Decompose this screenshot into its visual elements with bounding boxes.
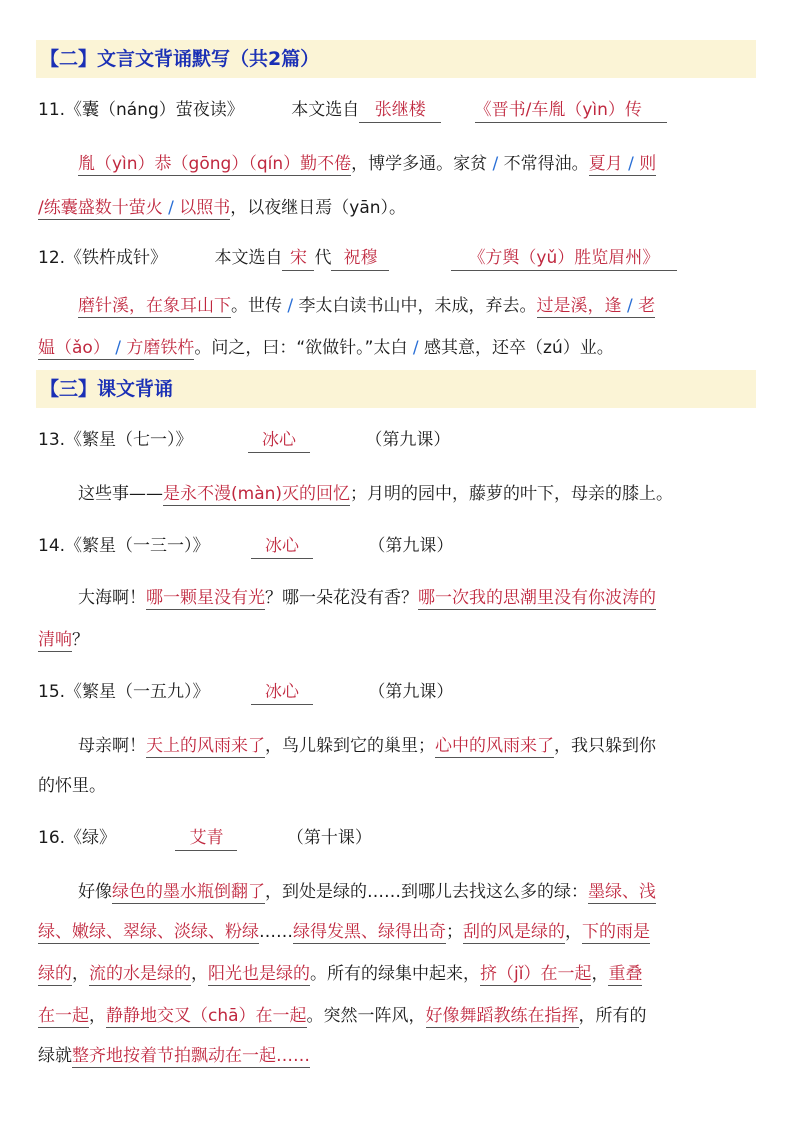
item-13-header: 13.《繁星（七一）》 冰心 （第九课）	[38, 428, 450, 453]
source-label: 本文选自	[291, 100, 359, 120]
item-title: 11.《囊（náng）萤夜读》	[38, 100, 244, 120]
section-heading-classical: 【二】文言文背诵默写（共2篇）	[36, 40, 756, 78]
lesson-label: （第九课）	[368, 682, 453, 702]
answer-blank: 媪（ǎo） / 方磨铁杵	[38, 338, 194, 360]
item-16-line-4: 在一起，静静地交叉（chā）在一起。突然一阵风，好像舞蹈教练在指挥，所有的	[38, 1004, 647, 1028]
answer-blank: 天上的风雨来了	[146, 736, 265, 758]
answer-blank: 夏月 / 则	[589, 154, 657, 176]
text: ，	[89, 1006, 106, 1026]
answer-blank: 心中的风雨来了	[435, 736, 554, 758]
text: 的怀里。	[38, 776, 106, 796]
text: 好像	[78, 882, 112, 902]
text: 。问之，曰：“欲做针。”太白	[194, 338, 407, 358]
item-16-header: 16.《绿》 艾青 （第十课）	[38, 826, 372, 851]
text: 感其意，还卒（zú）业。	[424, 338, 614, 358]
answer-blank: 过是溪，逢 / 老	[537, 296, 656, 318]
item-13-line-1: 这些事——是永不漫(màn)灭的回忆；月明的园中，藤萝的叶下，母亲的膝上。	[78, 482, 673, 506]
item-16-line-3: 绿的，流的水是绿的，阳光也是绿的。所有的绿集中起来，挤（jǐ）在一起，重叠	[38, 962, 642, 986]
author-blank: 冰心	[251, 680, 313, 705]
answer-blank: 静静地交叉（chā）在一起	[106, 1006, 307, 1028]
answer-blank: 好像舞蹈教练在指挥	[426, 1006, 579, 1028]
lesson-label: （第十课）	[287, 828, 372, 848]
answer-blank: 磨针溪，在象耳山下	[78, 296, 231, 318]
author-blank: 冰心	[248, 428, 310, 453]
answer-blank: 绿、嫩绿、翠绿、淡绿、粉绿	[38, 922, 259, 944]
answer-blank: 阳光也是绿的	[208, 964, 310, 986]
item-title: 15.《繁星（一五九）》	[38, 682, 210, 702]
item-title: 12.《铁杵成针》	[38, 248, 167, 268]
answer-blank: 在一起	[38, 1006, 89, 1028]
text: ，到处是绿的……到哪儿去找这么多的绿：	[265, 882, 588, 902]
answer-blank: 胤（yìn）恭（gōng）（qín）勤不倦	[78, 154, 351, 176]
item-14-line-1: 大海啊！哪一颗星没有光？哪一朵花没有香？哪一次我的思潮里没有你波涛的	[78, 586, 656, 610]
text: ，所有的	[579, 1006, 647, 1026]
answer-blank: 下的雨是	[582, 922, 650, 944]
section-heading-recitation: 【三】课文背诵	[36, 370, 756, 408]
item-14-line-2: 清响？	[38, 628, 89, 652]
source-label: 本文选自	[214, 248, 282, 268]
text: ；	[446, 922, 463, 942]
answer-blank: 是永不漫(màn)灭的回忆	[163, 484, 350, 506]
text: 。世传	[231, 296, 282, 316]
answer-blank: 哪一颗星没有光	[146, 588, 265, 610]
text: 。所有的绿集中起来，	[310, 964, 480, 984]
dynasty-blank: 宋	[282, 246, 314, 271]
answer-blank: 清响	[38, 630, 72, 652]
text: 绿就	[38, 1046, 72, 1066]
text: ，鸟儿躲到它的巢里；	[265, 736, 435, 756]
text: ；月明的园中，藤萝的叶下，母亲的膝上。	[350, 484, 673, 504]
text: ……	[259, 922, 293, 942]
answer-blank: 挤（jǐ）在一起	[480, 964, 591, 986]
text: ，	[591, 964, 608, 984]
answer-blank: 重叠	[608, 964, 642, 986]
answer-blank: 墨绿、浅	[588, 882, 656, 904]
author-blank: 艾青	[175, 826, 237, 851]
answer-blank: 流的水是绿的	[89, 964, 191, 986]
item-15-line-1: 母亲啊！天上的风雨来了，鸟儿躲到它的巢里；心中的风雨来了，我只躲到你	[78, 734, 656, 758]
answer-blank: 绿的	[38, 964, 72, 986]
item-12-line-1: 磨针溪，在象耳山下。世传 / 李太白读书山中，未成，弃去。过是溪，逢 / 老	[78, 294, 655, 318]
text: ，	[72, 964, 89, 984]
lesson-label: （第九课）	[368, 536, 453, 556]
item-15-line-2: 的怀里。	[38, 774, 106, 798]
text: 这些事——	[78, 484, 163, 504]
text: ？	[72, 630, 89, 650]
item-12-header: 12.《铁杵成针》 本文选自宋代祝穆 《方舆（yǔ）胜览眉州》	[38, 246, 677, 271]
text: ，我只躲到你	[554, 736, 656, 756]
text: ？哪一朵花没有香？	[265, 588, 418, 608]
author-blank: 祝穆	[331, 246, 389, 271]
item-16-line-2: 绿、嫩绿、翠绿、淡绿、粉绿……绿得发黑、绿得出奇；刮的风是绿的，下的雨是	[38, 920, 650, 944]
item-title: 13.《繁星（七一）》	[38, 430, 193, 450]
book-blank: 《方舆（yǔ）胜览眉州》	[451, 246, 677, 271]
answer-blank: 哪一次我的思潮里没有你波涛的	[418, 588, 656, 610]
book-blank: 《晋书/车胤（yìn）传	[475, 98, 667, 123]
answer-blank: 绿色的墨水瓶倒翻了	[112, 882, 265, 904]
item-15-header: 15.《繁星（一五九）》 冰心 （第九课）	[38, 680, 453, 705]
pause-mark: /	[287, 296, 293, 316]
item-11-header: 11.《囊（náng）萤夜读》 本文选自张继楼 《晋书/车胤（yìn）传	[38, 98, 667, 123]
item-11-line-1: 胤（yìn）恭（gōng）（qín）勤不倦，博学多通。家贫 / 不常得油。夏月 …	[78, 152, 656, 176]
author-blank: 冰心	[251, 534, 313, 559]
text: ，	[191, 964, 208, 984]
answer-blank: /练囊盛数十萤火 / 以照书	[38, 198, 230, 220]
text: 大海啊！	[78, 588, 146, 608]
text: ，博学多通。家贫	[351, 154, 487, 174]
item-12-line-2: 媪（ǎo） / 方磨铁杵。问之，曰：“欲做针。”太白 / 感其意，还卒（zú）业…	[38, 336, 614, 360]
item-16-line-1: 好像绿色的墨水瓶倒翻了，到处是绿的……到哪儿去找这么多的绿：墨绿、浅	[78, 880, 656, 904]
author-blank: 张继楼	[359, 98, 441, 123]
pause-mark: /	[493, 154, 499, 174]
answer-blank: 绿得发黑、绿得出奇	[293, 922, 446, 944]
answer-blank: 刮的风是绿的	[463, 922, 565, 944]
answer-blank: 整齐地按着节拍飘动在一起……	[72, 1046, 310, 1068]
text: 代	[314, 248, 331, 268]
item-title: 16.《绿》	[38, 828, 116, 848]
text: ，	[565, 922, 582, 942]
item-title: 14.《繁星（一三一）》	[38, 536, 210, 556]
lesson-label: （第九课）	[365, 430, 450, 450]
text: ，以夜继日焉（yān）。	[230, 198, 406, 218]
item-11-line-2: /练囊盛数十萤火 / 以照书，以夜继日焉（yān）。	[38, 196, 406, 220]
item-16-line-5: 绿就整齐地按着节拍飘动在一起……	[38, 1044, 310, 1068]
text: 母亲啊！	[78, 736, 146, 756]
text: 。突然一阵风，	[307, 1006, 426, 1026]
text: 不常得油。	[504, 154, 589, 174]
text: 李太白读书山中，未成，弃去。	[299, 296, 537, 316]
pause-mark: /	[413, 338, 419, 358]
item-14-header: 14.《繁星（一三一）》 冰心 （第九课）	[38, 534, 453, 559]
